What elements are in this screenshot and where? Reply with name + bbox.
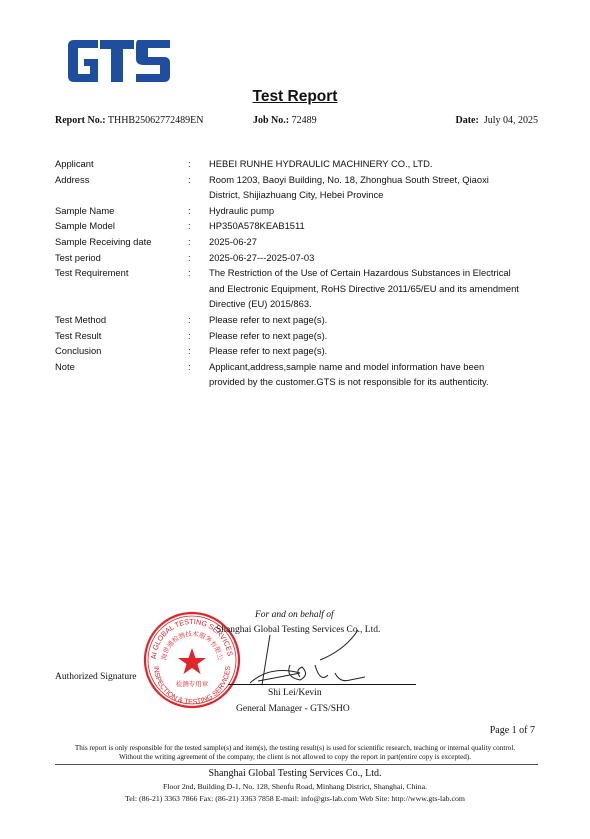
field-label: Applicant [55,156,188,172]
field-value-line: HP350A578KEAB1511 [209,218,544,234]
on-behalf-text: For and on behalf of [255,610,334,620]
field-value-line: 2025-06-27---2025-07-03 [209,250,544,266]
job-number-value: 72489 [292,115,317,126]
signature-line [228,684,416,685]
field-colon: : [188,312,209,328]
field-value: Hydraulic pump [209,203,544,219]
field-value-line: Applicant,address,sample name and model … [209,359,544,375]
info-row: Test period:2025-06-27---2025-07-03 [55,250,544,266]
disclaimer-line: Without the writing agreement of the com… [40,753,550,762]
handwritten-signature [240,625,370,690]
field-value-line: Hydraulic pump [209,203,544,219]
report-number-value: THHB25062772489EN [108,115,204,126]
info-row: Applicant:HEBEI RUNHE HYDRAULIC MACHINER… [55,156,544,172]
field-value-line: 2025-06-27 [209,234,544,250]
info-row: Conclusion:Please refer to next page(s). [55,343,544,359]
field-label: Test Result [55,328,188,344]
job-number-label: Job No.: [253,115,289,126]
field-colon: : [188,203,209,219]
field-colon: : [188,250,209,266]
footer-company: Shanghai Global Testing Services Co., Lt… [0,768,590,779]
footer-contact: Tel: (86-21) 3363 7866 Fax: (86-21) 3363… [0,794,590,803]
field-value: Applicant,address,sample name and model … [209,359,544,390]
field-value: The Restriction of the Use of Certain Ha… [209,265,544,312]
field-label: Note [55,359,188,390]
signer-title: General Manager - GTS/SHO [236,704,350,714]
field-value-line: Room 1203, Baoyi Building, No. 18, Zhong… [209,172,544,188]
field-value-line: Directive (EU) 2015/863. [209,296,544,312]
date-label: Date: [456,115,479,126]
info-row: Address:Room 1203, Baoyi Building, No. 1… [55,172,544,203]
gts-logo [66,40,172,82]
field-value-line: Please refer to next page(s). [209,343,544,359]
field-colon: : [188,172,209,203]
field-label: Sample Receiving date [55,234,188,250]
field-colon: : [188,328,209,344]
info-row: Sample Receiving date:2025-06-27 [55,234,544,250]
field-label: Test Requirement [55,265,188,312]
field-colon: : [188,265,209,312]
page-indicator: Page 1 of 7 [490,725,535,736]
field-value: 2025-06-27 [209,234,544,250]
field-value-line: District, Shijiazhuang City, Hebei Provi… [209,187,544,203]
info-row: Test Result:Please refer to next page(s)… [55,328,544,344]
field-colon: : [188,359,209,390]
signer-name: Shi Lei/Kevin [268,688,322,698]
field-value: Please refer to next page(s). [209,343,544,359]
info-row: Sample Name:Hydraulic pump [55,203,544,219]
field-colon: : [188,218,209,234]
disclaimer: This report is only responsible for the … [40,744,550,762]
field-label: Sample Model [55,218,188,234]
field-value: HEBEI RUNHE HYDRAULIC MACHINERY CO., LTD… [209,156,544,172]
field-label: Test period [55,250,188,266]
field-value-line: HEBEI RUNHE HYDRAULIC MACHINERY CO., LTD… [209,156,544,172]
field-value-line: Please refer to next page(s). [209,328,544,344]
info-row: Sample Model:HP350A578KEAB1511 [55,218,544,234]
report-number-label: Report No.: [55,115,106,126]
field-value-line: The Restriction of the Use of Certain Ha… [209,265,544,281]
field-label: Test Method [55,312,188,328]
field-value-line: provided by the customer.GTS is not resp… [209,374,544,390]
field-value: HP350A578KEAB1511 [209,218,544,234]
field-label: Address [55,172,188,203]
field-value-line: and Electronic Equipment, RoHS Directive… [209,281,544,297]
field-colon: : [188,343,209,359]
report-date: Date: July 04, 2025 [456,115,539,126]
field-colon: : [188,156,209,172]
field-value: Please refer to next page(s). [209,328,544,344]
report-title: Test Report [0,88,590,106]
field-value: 2025-06-27---2025-07-03 [209,250,544,266]
footer-address: Floor 2nd, Building D-1, No. 128, Shenfu… [0,782,590,791]
field-colon: : [188,234,209,250]
field-value: Room 1203, Baoyi Building, No. 18, Zhong… [209,172,544,203]
info-row: Test Requirement:The Restriction of the … [55,265,544,312]
info-row: Test Method:Please refer to next page(s)… [55,312,544,328]
report-number: Report No.: THHB25062772489EN [55,115,203,126]
footer-divider [55,764,538,765]
field-label: Sample Name [55,203,188,219]
authorized-signature-label: Authorized Signature [55,672,137,682]
disclaimer-line: This report is only responsible for the … [40,744,550,753]
info-row: Note:Applicant,address,sample name and m… [55,359,544,390]
job-number: Job No.: 72489 [253,115,317,126]
field-label: Conclusion [55,343,188,359]
date-value: July 04, 2025 [484,115,538,126]
report-info-table: Applicant:HEBEI RUNHE HYDRAULIC MACHINER… [55,156,544,390]
field-value-line: Please refer to next page(s). [209,312,544,328]
field-value: Please refer to next page(s). [209,312,544,328]
svg-text:检测专用章: 检测专用章 [176,679,209,688]
